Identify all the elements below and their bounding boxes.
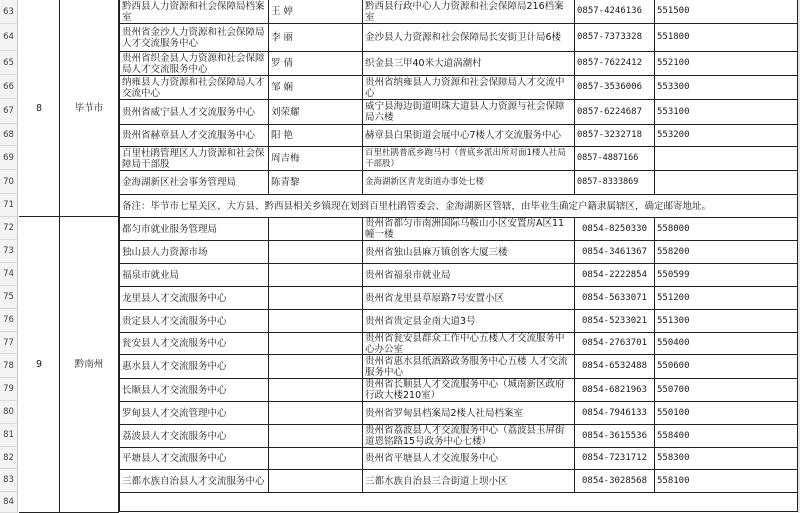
row-header-74[interactable]: 74 xyxy=(0,263,18,286)
org-cell[interactable]: 福泉市就业局 xyxy=(119,263,269,287)
address-cell[interactable]: 贵州省福泉市就业局 xyxy=(362,263,575,287)
org-cell[interactable]: 瓮安县人才交流服务中心 xyxy=(119,332,269,355)
contact-cell[interactable]: 罗 倩 xyxy=(268,51,363,76)
postcode-cell[interactable]: 551200 xyxy=(654,286,798,310)
contact-cell[interactable] xyxy=(268,424,363,448)
phone-cell[interactable]: 0857-4887166 xyxy=(574,146,655,171)
org-cell[interactable]: 都匀市就业服务管理局 xyxy=(119,217,269,241)
row-header-83[interactable]: 83 xyxy=(0,469,18,492)
group-region-cell[interactable]: 黔南州 xyxy=(60,217,119,513)
phone-cell[interactable]: 0854-2222854 xyxy=(574,263,655,287)
address-cell[interactable]: 贵州省贵定县金南大道3号 xyxy=(362,309,575,333)
postcode-cell[interactable]: 553300 xyxy=(654,75,798,100)
address-cell[interactable]: 贵州省长顺县人才交流服务中心（城南新区政府行政大楼210室） xyxy=(362,378,575,402)
address-cell[interactable]: 贵州省惠水县纸酒路政务服务中心五楼 人才交流服务中心 xyxy=(362,354,575,379)
contact-cell[interactable]: 邹 娴 xyxy=(268,75,363,100)
postcode-cell[interactable]: 558200 xyxy=(654,240,798,264)
phone-cell[interactable]: 0854-7946133 xyxy=(574,401,655,425)
row-header-70[interactable]: 70 xyxy=(0,170,18,194)
address-cell[interactable]: 黔西县行政中心人力资源和社会保障局216档案室 xyxy=(362,0,575,24)
address-cell[interactable]: 贵州省荔波县人才交流服务中心（荔波县玉屏街道恩铭路15号政务中心七楼） xyxy=(362,424,575,448)
postcode-cell[interactable]: 553100 xyxy=(654,99,798,125)
contact-cell[interactable] xyxy=(268,332,363,355)
contact-cell[interactable] xyxy=(268,240,363,264)
postcode-cell[interactable]: 552100 xyxy=(654,51,798,76)
postcode-cell[interactable]: 550400 xyxy=(654,332,798,355)
phone-cell[interactable]: 0854-2763701 xyxy=(574,332,655,355)
org-cell[interactable]: 贵定县人才交流服务中心 xyxy=(119,309,269,333)
contact-cell[interactable]: 刘荣耀 xyxy=(268,99,363,125)
row-header-81[interactable]: 81 xyxy=(0,424,18,447)
org-cell[interactable]: 贵州省赫章县人才交流服务中心 xyxy=(119,124,269,147)
phone-cell[interactable]: 0854-3461367 xyxy=(574,240,655,264)
row-header-69[interactable]: 69 xyxy=(0,146,18,170)
org-cell[interactable]: 长顺县人才交流服务中心 xyxy=(119,378,269,402)
address-cell[interactable]: 贵州省独山县麻万镇创客大厦三楼 xyxy=(362,240,575,264)
org-cell[interactable]: 惠水县人才交流服务中心 xyxy=(119,354,269,379)
address-cell[interactable]: 织金县三甲40米大道涡潮村 xyxy=(362,51,575,76)
address-cell[interactable]: 赫章县白果街道会展中心7楼人才交流服务中心 xyxy=(362,124,575,147)
org-cell[interactable]: 贵州省威宁县人才交流服务中心 xyxy=(119,99,269,125)
group-index-cell[interactable]: 8 xyxy=(19,0,60,217)
phone-cell[interactable]: 0857-8333869 xyxy=(574,170,655,195)
row-header-75[interactable]: 75 xyxy=(0,286,18,309)
contact-cell[interactable] xyxy=(268,354,363,379)
postcode-cell[interactable]: 551300 xyxy=(654,309,798,333)
org-cell[interactable]: 荔波县人才交流服务中心 xyxy=(119,424,269,448)
org-cell[interactable]: 贵州省织金县人力资源和社会保障局人才交流服务中心 xyxy=(119,51,269,76)
contact-cell[interactable]: 李 丽 xyxy=(268,23,363,52)
contact-cell[interactable]: 周吉梅 xyxy=(268,146,363,171)
row-header-68[interactable]: 68 xyxy=(0,124,18,146)
postcode-cell[interactable]: 550100 xyxy=(654,401,798,425)
postcode-cell[interactable]: 553200 xyxy=(654,124,798,147)
row-header-77[interactable]: 77 xyxy=(0,332,18,354)
phone-cell[interactable]: 0857-7373328 xyxy=(574,23,655,52)
postcode-cell[interactable]: 558000 xyxy=(654,217,798,241)
row-header-76[interactable]: 76 xyxy=(0,309,18,332)
address-cell[interactable]: 金海湖新区青龙街道办事处七楼 xyxy=(362,170,575,195)
group-index-cell[interactable]: 9 xyxy=(19,217,60,513)
org-cell[interactable]: 独山县人力资源市场 xyxy=(119,240,269,264)
contact-cell[interactable]: 王 婷 xyxy=(268,0,363,24)
postcode-cell[interactable]: 550600 xyxy=(654,354,798,379)
note-cell[interactable]: 备注：毕节市七星关区、大方县、黔西县相关乡镇现在划到百里杜鹃管委会、金海湖新区管… xyxy=(119,194,798,218)
phone-cell[interactable]: 0857-3232718 xyxy=(574,124,655,147)
address-cell[interactable]: 金沙县人力资源和社会保障局长安街卫计局6楼 xyxy=(362,23,575,52)
phone-cell[interactable]: 0854-3615536 xyxy=(574,424,655,448)
org-cell[interactable]: 贵州省金沙人力资源和社会保障局人才交流服务中心 xyxy=(119,23,269,52)
postcode-cell[interactable]: 558100 xyxy=(654,469,798,493)
phone-cell[interactable]: 0854-7231712 xyxy=(574,447,655,470)
contact-cell[interactable]: 陈青黎 xyxy=(268,170,363,195)
postcode-cell[interactable]: 551500 xyxy=(654,0,798,24)
org-cell[interactable]: 平塘县人才交流服务中心 xyxy=(119,447,269,470)
contact-cell[interactable] xyxy=(268,286,363,310)
postcode-cell[interactable]: 558400 xyxy=(654,424,798,448)
row-header-80[interactable]: 80 xyxy=(0,401,18,424)
row-header-72[interactable]: 72 xyxy=(0,217,18,240)
phone-cell[interactable]: 0854-6532488 xyxy=(574,354,655,379)
phone-cell[interactable]: 0857-3536006 xyxy=(574,75,655,100)
phone-cell[interactable]: 0854-8250330 xyxy=(574,217,655,241)
org-cell[interactable]: 纳雍县人力资源和社会保障局人才交流中心 xyxy=(119,75,269,100)
row-header-84[interactable]: 84 xyxy=(0,492,18,513)
org-cell[interactable]: 罗甸县人才交流管理中心 xyxy=(119,401,269,425)
phone-cell[interactable]: 0857-6224687 xyxy=(574,99,655,125)
postcode-cell[interactable]: 550599 xyxy=(654,263,798,287)
address-cell[interactable]: 贵州省龙里县草原路7号安置小区 xyxy=(362,286,575,310)
contact-cell[interactable] xyxy=(268,217,363,241)
postcode-cell[interactable] xyxy=(654,146,798,171)
org-cell[interactable]: 黔西县人力资源和社会保障局档案室 xyxy=(119,0,269,24)
contact-cell[interactable] xyxy=(268,447,363,470)
contact-cell[interactable]: 阳 艳 xyxy=(268,124,363,147)
address-cell[interactable]: 贵州省瓮安县群众工作中心五楼人才交流服务中心办公室 xyxy=(362,332,575,355)
row-header-64[interactable]: 64 xyxy=(0,24,18,51)
row-header-79[interactable]: 79 xyxy=(0,378,18,401)
phone-cell[interactable]: 0857-4246136 xyxy=(574,0,655,24)
postcode-cell[interactable]: 551800 xyxy=(654,23,798,52)
org-cell[interactable]: 金海湖新区社会事务管理局 xyxy=(119,170,269,195)
contact-cell[interactable] xyxy=(268,309,363,333)
empty-merged-cell[interactable] xyxy=(119,492,798,512)
address-cell[interactable]: 贵州省都匀市南洲国际马鞍山小区安置房A区11幢一楼 xyxy=(362,217,575,241)
row-header-71[interactable]: 71 xyxy=(0,194,18,217)
spreadsheet-grid: 63 64 65 66 67 68 69 70 71 72 73 74 75 7… xyxy=(0,0,800,513)
contact-cell[interactable] xyxy=(268,378,363,402)
phone-cell[interactable]: 0857-7622412 xyxy=(574,51,655,76)
phone-cell[interactable]: 0854-5633071 xyxy=(574,286,655,310)
row-header-66[interactable]: 66 xyxy=(0,75,18,99)
row-header-78[interactable]: 78 xyxy=(0,354,18,378)
group-region-cell[interactable]: 毕节市 xyxy=(60,0,119,217)
org-cell[interactable]: 龙里县人才交流服务中心 xyxy=(119,286,269,310)
address-cell[interactable]: 贵州省平塘县人才交流服务中心 xyxy=(362,447,575,470)
row-header-63[interactable]: 63 xyxy=(0,0,18,24)
address-cell[interactable]: 贵州省罗甸县档案局2楼人社局档案室 xyxy=(362,401,575,425)
org-cell[interactable]: 百里杜鹃管理区人力资源和社会保障局干部股 xyxy=(119,146,269,171)
phone-cell[interactable]: 0854-3028568 xyxy=(574,469,655,493)
contact-cell[interactable] xyxy=(268,263,363,287)
address-cell[interactable]: 百里杜鹃普底乡跑马村（普底乡派出所对面1楼人社局干部股） xyxy=(362,146,575,171)
postcode-cell[interactable] xyxy=(654,170,798,195)
address-cell[interactable]: 贵州省纳雍县人力资源和社会保障局人才交流中心 xyxy=(362,75,575,100)
row-header-67[interactable]: 67 xyxy=(0,99,18,124)
org-cell[interactable]: 三都水族自治县人才交流服务中心 xyxy=(119,469,269,493)
phone-cell[interactable]: 0854-5233021 xyxy=(574,309,655,333)
address-cell[interactable]: 威宁县海边街道明珠大道县人力资源与社会保障局六楼 xyxy=(362,99,575,125)
postcode-cell[interactable]: 550700 xyxy=(654,378,798,402)
contact-cell[interactable] xyxy=(268,469,363,493)
row-header-82[interactable]: 82 xyxy=(0,447,18,469)
row-header-73[interactable]: 73 xyxy=(0,240,18,263)
contact-cell[interactable] xyxy=(268,401,363,425)
postcode-cell[interactable]: 558300 xyxy=(654,447,798,470)
row-header-65[interactable]: 65 xyxy=(0,51,18,75)
phone-cell[interactable]: 0854-6821963 xyxy=(574,378,655,402)
address-cell[interactable]: 三都水族自治县三合街道上坝小区 xyxy=(362,469,575,493)
